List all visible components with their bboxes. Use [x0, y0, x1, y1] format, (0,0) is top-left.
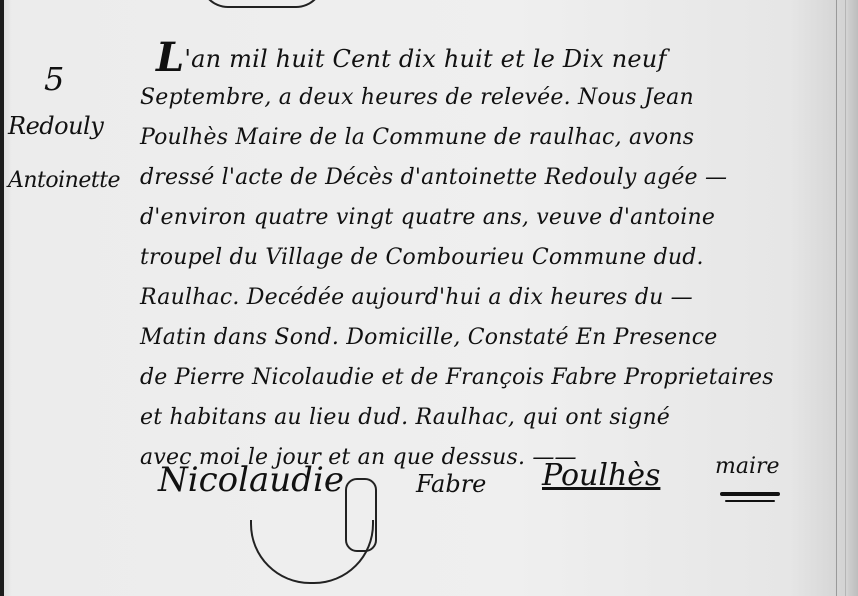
margin-rule: [845, 0, 846, 596]
record-body: L'an mil huit Cent dix huit et le Dix ne…: [140, 30, 830, 478]
signature-block: Nicolaudie Fabre Poulhès maire: [150, 460, 830, 520]
record-line: Matin dans Sond. Domicille, Constaté En …: [140, 318, 830, 358]
record-line: de Pierre Nicolaudie et de François Fabr…: [140, 358, 830, 398]
record-line: et habitans au lieu dud. Raulhac, qui on…: [140, 398, 830, 438]
page-shadow: [848, 0, 858, 596]
record-line: L'an mil huit Cent dix huit et le Dix ne…: [140, 38, 830, 78]
document-page: 5 Redouly Antoinette L'an mil huit Cent …: [0, 0, 858, 596]
signature-fabre: Fabre: [416, 470, 486, 498]
signature-nicolaudie: Nicolaudie: [158, 460, 344, 500]
page-binding-edge: [0, 0, 4, 596]
signature-title-maire: maire: [715, 454, 780, 479]
margin-first-name: Antoinette: [8, 168, 120, 193]
decorative-flourish: [200, 0, 324, 8]
record-line: d'environ quatre vingt quatre ans, veuve…: [140, 198, 830, 238]
signature-underline: [725, 500, 775, 502]
record-number: 5: [44, 60, 64, 98]
margin-surname: Redouly: [8, 112, 103, 140]
signature-paraph-loop: [345, 478, 377, 552]
margin-rule: [836, 0, 837, 596]
record-line: dressé l'acte de Décès d'antoinette Redo…: [140, 158, 830, 198]
record-line: troupel du Village de Combourieu Commune…: [140, 238, 830, 278]
record-line: Poulhès Maire de la Commune de raulhac, …: [140, 118, 830, 158]
drop-initial: L: [156, 34, 184, 81]
signature-underline: [720, 492, 780, 496]
record-line: Septembre, a deux heures de relevée. Nou…: [140, 78, 830, 118]
record-line: Raulhac. Decédée aujourd'hui a dix heure…: [140, 278, 830, 318]
signature-poulhes: Poulhès: [542, 458, 660, 493]
